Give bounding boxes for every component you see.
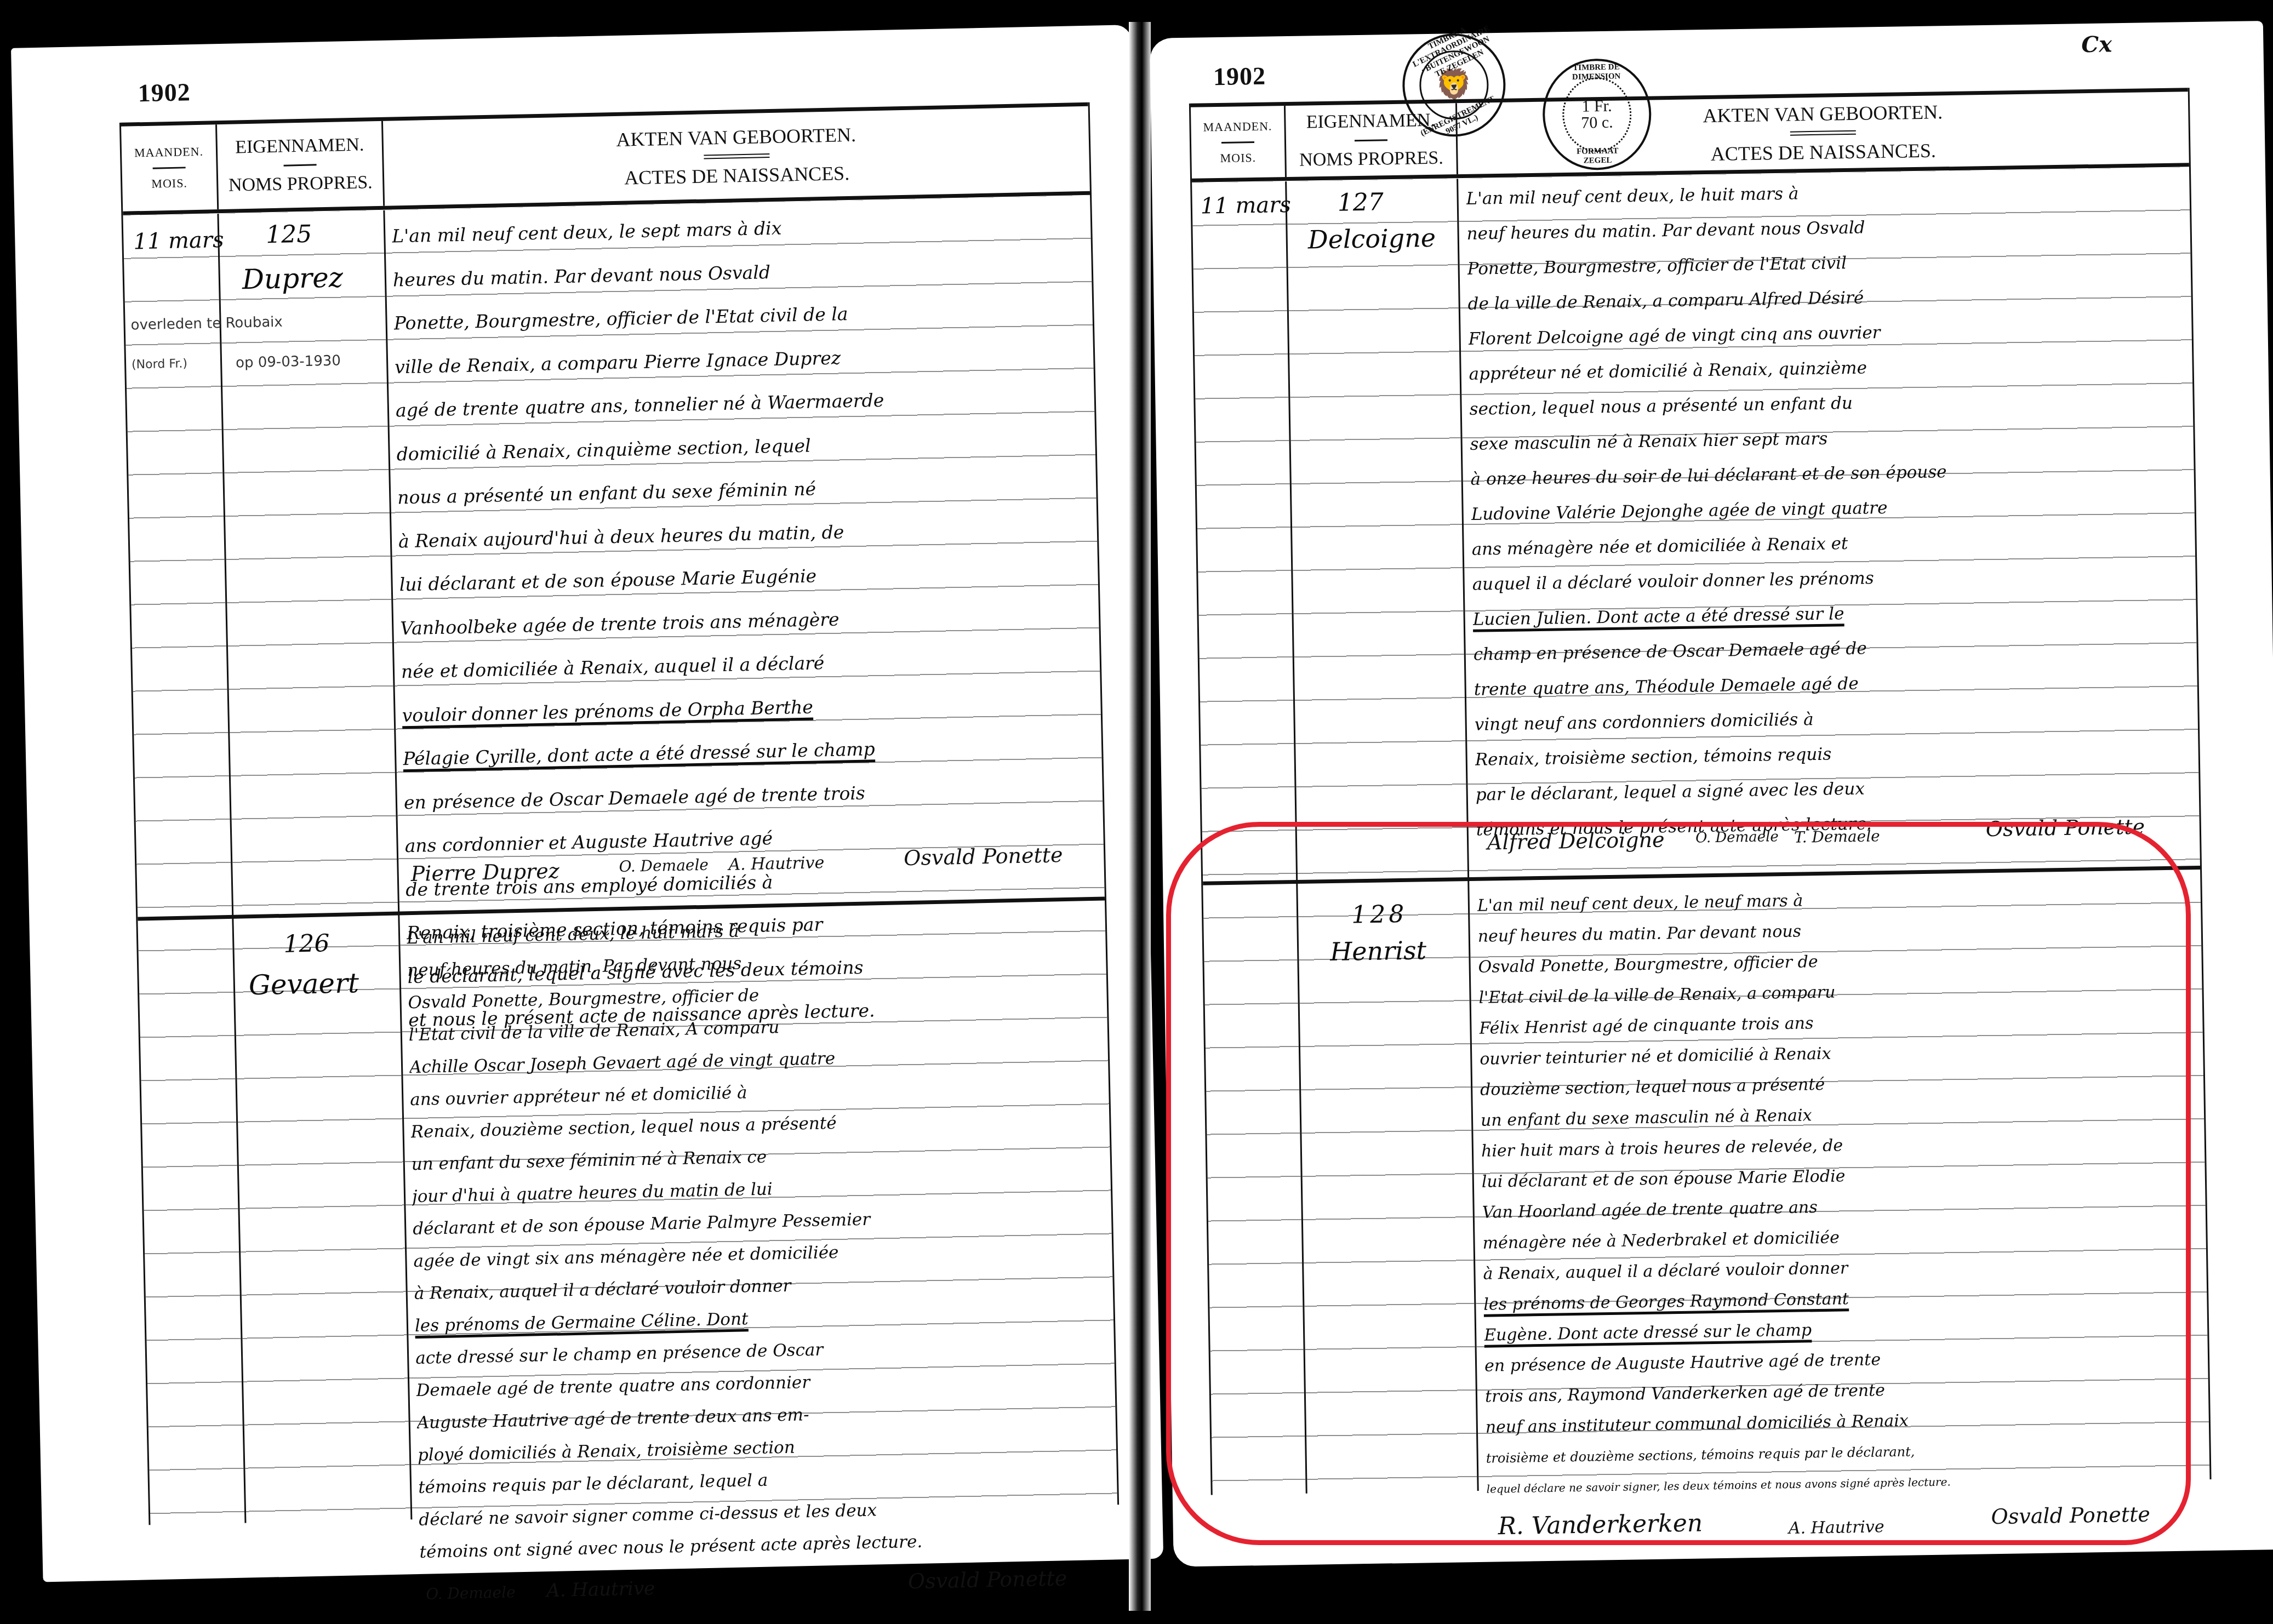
header-title-nl: AKTEN VAN GEBOORTEN. <box>616 123 856 151</box>
act-text: L'an mil neuf cent deux, le huit mars à … <box>407 908 1105 1569</box>
page-year: 1902 <box>138 77 191 107</box>
signature-witness-1: O. Demaele <box>1695 828 1779 846</box>
signature-declarant: Pierre Duprez <box>410 859 559 886</box>
margin-death-note: overleden te Roubaix <box>130 314 283 334</box>
record-number: 125 <box>266 220 312 249</box>
table-header: MAANDEN. MOIS. EIGENNAMEN. NOMS PROPRES.… <box>1191 88 2189 182</box>
header-divider <box>284 164 317 166</box>
header-names-fr: NOMS PROPRES. <box>1299 147 1443 170</box>
signature-witness-1: O. Demaele <box>619 856 709 876</box>
signature-witness-2: A. Hautrive <box>728 853 825 874</box>
act-text: L'an mil neuf cent deux, le neuf mars à … <box>1477 879 2199 1504</box>
record-number: 128 <box>1351 900 1408 929</box>
signature-witness-vanderkerken: R. Vanderkerken <box>1498 1509 1703 1540</box>
header-names-fr: NOMS PROPRES. <box>229 172 373 196</box>
signature-mayor: Osvald Ponette <box>1986 815 2145 842</box>
signature-mayor: Osvald Ponette <box>908 1566 1067 1593</box>
header-double-rule <box>704 153 769 159</box>
header-month-nl: MAANDEN. <box>1203 119 1272 134</box>
signature-witness-hautrive: A. Hautrive <box>1789 1517 1884 1538</box>
header-month-fr: MOIS. <box>151 176 187 191</box>
header-acts-column: AKTEN VAN GEBOORTEN. ACTES DE NAISSANCES… <box>1457 92 2189 174</box>
record-surname: Duprez <box>242 261 343 295</box>
act-text: L'an mil neuf cent deux, le huit mars à … <box>1466 170 2189 848</box>
header-divider <box>1355 139 1387 141</box>
signature-witness-2: T. Demaele <box>1794 827 1880 846</box>
signature-declarant: Alfred Delcoigne <box>1487 827 1665 854</box>
header-title-fr: ACTES DE NAISSANCES. <box>1711 139 1937 165</box>
record-surname: Delcoigne <box>1307 223 1436 255</box>
header-names-nl: EIGENNAMEN. <box>1306 110 1436 133</box>
margin-death-region: (Nord Fr.) <box>132 357 187 371</box>
header-title-fr: ACTES DE NAISSANCES. <box>624 162 850 190</box>
header-double-rule <box>1790 130 1856 136</box>
header-month-fr: MOIS. <box>1220 150 1256 165</box>
header-month-column: MAANDEN. MOIS. <box>1191 106 1287 179</box>
record-month: 11 mars <box>1200 192 1291 219</box>
header-month-column: MAANDEN. MOIS. <box>121 124 219 211</box>
right-register-page: 1902 Cx 🦁 TIMBRE A L'EXTRAORDINAIRE · BU… <box>1150 21 2273 1567</box>
header-month-nl: MAANDEN. <box>134 145 203 161</box>
register-table-left: MAANDEN. MOIS. EIGENNAMEN. NOMS PROPRES.… <box>119 102 1119 1525</box>
register-table-right: MAANDEN. MOIS. EIGENNAMEN. NOMS PROPRES.… <box>1189 88 2212 1495</box>
record-surname: Gevaert <box>248 967 359 1001</box>
corner-initials: Cx <box>2081 31 2112 58</box>
signature-mayor: Osvald Ponette <box>904 843 1063 870</box>
signature-mayor: Osvald Ponette <box>1991 1502 2150 1529</box>
book-gutter <box>1129 22 1151 1611</box>
header-acts-column: AKTEN VAN GEBOORTEN. ACTES DE NAISSANCES… <box>383 106 1090 206</box>
header-names-nl: EIGENNAMEN. <box>235 135 364 158</box>
record-number: 127 <box>1337 188 1384 216</box>
record-surname: Henrist <box>1330 935 1427 967</box>
names-column <box>219 210 412 1523</box>
header-names-column: EIGENNAMEN. NOMS PROPRES. <box>1286 103 1458 177</box>
record-number: 126 <box>283 929 330 958</box>
header-divider <box>1221 141 1254 144</box>
left-register-page: 1902 MAANDEN. MOIS. EIGENNAMEN. NOMS PRO… <box>11 25 1163 1582</box>
names-column <box>1287 179 1479 1494</box>
margin-death-date: op 09-03-1930 <box>236 353 341 371</box>
header-divider <box>153 167 186 169</box>
header-title-nl: AKTEN VAN GEBOORTEN. <box>1703 100 1943 127</box>
record-month: 11 mars <box>133 227 224 254</box>
signature-witness-1: O. Demaele <box>426 1583 516 1603</box>
signature-witness-2: A. Hautrive <box>546 1577 655 1602</box>
header-names-column: EIGENNAMEN. NOMS PROPRES. <box>217 121 385 209</box>
stamp-ring-text-top: TIMBRE DE DIMENSION <box>1555 62 1638 82</box>
page-year: 1902 <box>1213 61 1266 92</box>
